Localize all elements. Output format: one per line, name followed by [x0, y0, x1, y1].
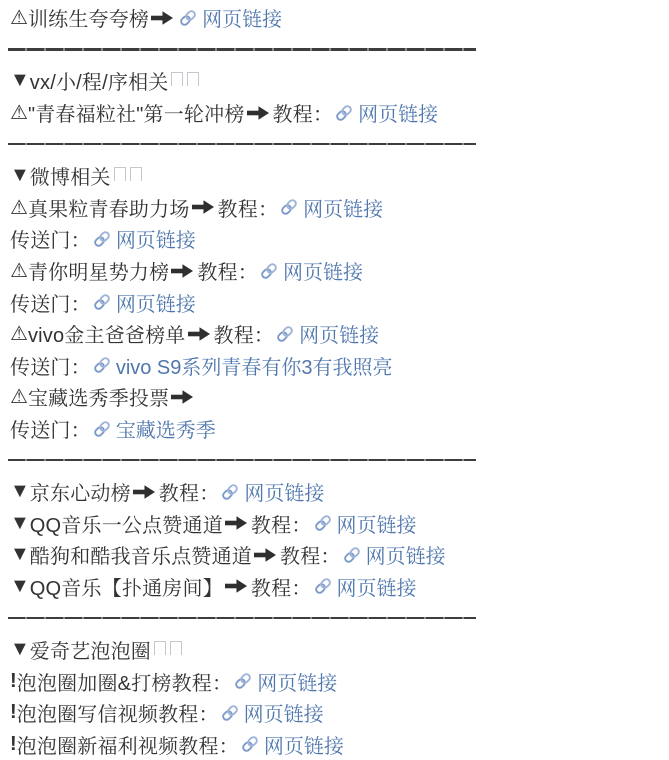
- item-text: 青你明星势力榜: [28, 256, 169, 285]
- arrow-right-icon: [133, 485, 155, 499]
- link-icon: [93, 420, 111, 438]
- list-item: ! 泡泡圈加圈&打榜教程： 网页链接: [10, 665, 669, 697]
- section-header: ▼ 微博相关: [10, 160, 669, 192]
- link-icon: [93, 230, 111, 248]
- item-text: QQ音乐一公点赞通道: [30, 509, 223, 538]
- tofu-box: [154, 641, 166, 655]
- divider: [8, 143, 476, 146]
- missing-glyph-boxes: [171, 72, 199, 86]
- list-item: ⚠ vivo金主爸爸榜单 教程： 网页链接: [10, 318, 669, 350]
- section-marker-icon: ▼: [10, 575, 30, 598]
- web-link[interactable]: 网页链接: [221, 698, 324, 727]
- link-label: 网页链接: [299, 319, 379, 348]
- section-title: 微博相关: [30, 161, 111, 190]
- web-link[interactable]: 网页链接: [260, 256, 363, 285]
- tofu-box: [187, 72, 199, 86]
- arrow-right-icon: [247, 106, 269, 120]
- section-marker-icon: ▼: [10, 638, 30, 661]
- link-label: 网页链接: [257, 667, 337, 696]
- link-icon: [221, 704, 239, 722]
- web-link[interactable]: 网页链接: [234, 667, 337, 696]
- link-label: 网页链接: [244, 698, 324, 727]
- divider: [8, 48, 476, 51]
- item-text: 传送门：: [10, 288, 91, 317]
- item-tail: 教程：: [280, 540, 341, 569]
- missing-glyph-boxes: [154, 641, 182, 655]
- link-icon: [314, 577, 332, 595]
- link-icon: [221, 483, 239, 501]
- portal-item: 传送门： vivo S9系列青春有你3有我照亮: [10, 350, 669, 382]
- section-title: 爱奇艺泡泡圈: [30, 635, 151, 664]
- section-marker-icon: ▼: [10, 69, 30, 92]
- warning-icon: ⚠: [10, 195, 28, 220]
- exclamation-prefix: !: [10, 701, 17, 724]
- web-link[interactable]: 网页链接: [335, 98, 438, 127]
- warning-icon: ⚠: [10, 258, 28, 283]
- link-icon: [260, 262, 278, 280]
- arrow-right-icon: [225, 516, 247, 530]
- arrow-right-icon: [171, 390, 193, 404]
- section-title: vx/小/程/序相关: [30, 66, 169, 95]
- section-header: ▼ 爱奇艺泡泡圈: [10, 634, 669, 666]
- item-tail: 教程：: [273, 98, 334, 127]
- item-tail: 教程：: [218, 193, 279, 222]
- item-tail: 教程：: [214, 319, 275, 348]
- item-text: 泡泡圈写信视频教程：: [17, 698, 219, 727]
- item-text: QQ音乐【扑通房间】: [30, 572, 223, 601]
- arrow-right-icon: [151, 11, 173, 25]
- item-tail: 教程：: [251, 572, 312, 601]
- link-icon: [343, 546, 361, 564]
- item-tail: 教程：: [251, 509, 312, 538]
- section-marker-icon: ▼: [10, 543, 30, 566]
- divider: [8, 459, 476, 462]
- link-icon: [93, 356, 111, 374]
- item-text: vivo金主爸爸榜单: [28, 319, 186, 348]
- list-item: ▼ QQ音乐一公点赞通道 教程： 网页链接: [10, 508, 669, 540]
- link-label: 网页链接: [358, 98, 438, 127]
- portal-item: 传送门： 网页链接: [10, 286, 669, 318]
- item-tail: 教程：: [197, 256, 258, 285]
- link-label: vivo S9系列青春有你3有我照亮: [116, 351, 393, 380]
- link-label: 网页链接: [244, 477, 324, 506]
- exclamation-prefix: !: [10, 733, 17, 756]
- web-link[interactable]: 网页链接: [93, 224, 196, 253]
- web-link[interactable]: vivo S9系列青春有你3有我照亮: [93, 351, 393, 380]
- link-label: 网页链接: [116, 288, 196, 317]
- link-label: 网页链接: [283, 256, 363, 285]
- link-icon: [276, 325, 294, 343]
- web-link[interactable]: 宝藏选秀季: [93, 414, 216, 443]
- list-item: ⚠ 真果粒青春助力场 教程： 网页链接: [10, 192, 669, 224]
- section-header: ▼ vx/小/程/序相关: [10, 65, 669, 97]
- link-icon: [179, 9, 197, 27]
- portal-item: 传送门： 宝藏选秀季: [10, 413, 669, 445]
- list-item: ! 泡泡圈新福利视频教程： 网页链接: [10, 729, 669, 760]
- link-icon: [241, 735, 259, 753]
- link-icon: [234, 672, 252, 690]
- web-link[interactable]: 网页链接: [93, 288, 196, 317]
- arrow-right-icon: [171, 264, 193, 278]
- warning-icon: ⚠: [10, 384, 28, 409]
- list-item: ▼ QQ音乐【扑通房间】 教程： 网页链接: [10, 571, 669, 603]
- list-item: ▼ 京东心动榜 教程： 网页链接: [10, 476, 669, 508]
- exclamation-prefix: !: [10, 670, 17, 693]
- web-link[interactable]: 网页链接: [314, 509, 417, 538]
- arrow-right-icon: [225, 579, 247, 593]
- item-text: 京东心动榜: [30, 477, 131, 506]
- link-label: 网页链接: [202, 3, 282, 32]
- link-label: 网页链接: [116, 224, 196, 253]
- link-label: 宝藏选秀季: [116, 414, 216, 443]
- post-body: ⚠ 训练生夸夸榜 网页链接 ▼ vx/小/程/序相关 ⚠ "青春福粒社"第一轮冲…: [0, 0, 669, 760]
- section-marker-icon: ▼: [10, 480, 30, 503]
- warning-icon: ⚠: [10, 100, 28, 125]
- list-item: ▼ 酷狗和酷我音乐点赞通道 教程： 网页链接: [10, 539, 669, 571]
- tofu-box: [170, 641, 182, 655]
- list-item: ⚠ 训练生夸夸榜 网页链接: [10, 2, 669, 34]
- link-label: 网页链接: [264, 730, 344, 759]
- divider-row: [10, 602, 669, 634]
- link-label: 网页链接: [337, 509, 417, 538]
- divider: [8, 617, 476, 620]
- list-item: ⚠ 青你明星势力榜 教程： 网页链接: [10, 255, 669, 287]
- tofu-box: [130, 167, 142, 181]
- item-text: 宝藏选秀季投票: [28, 382, 169, 411]
- divider-row: [10, 444, 669, 476]
- item-text: 传送门：: [10, 224, 91, 253]
- item-text: 训练生夸夸榜: [28, 3, 149, 32]
- tofu-box: [114, 167, 126, 181]
- divider-row: [10, 34, 669, 66]
- web-link[interactable]: 网页链接: [221, 477, 324, 506]
- list-item: ⚠ "青春福粒社"第一轮冲榜 教程： 网页链接: [10, 97, 669, 129]
- item-text: 泡泡圈加圈&打榜教程：: [17, 667, 233, 696]
- link-icon: [280, 198, 298, 216]
- divider-row: [10, 128, 669, 160]
- section-marker-icon: ▼: [10, 512, 30, 535]
- missing-glyph-boxes: [114, 167, 142, 181]
- web-link[interactable]: 网页链接: [280, 193, 383, 222]
- list-item: ! 泡泡圈写信视频教程： 网页链接: [10, 697, 669, 729]
- arrow-right-icon: [254, 548, 276, 562]
- list-item: ⚠ 宝藏选秀季投票: [10, 381, 669, 413]
- link-label: 网页链接: [366, 540, 446, 569]
- item-text: 真果粒青春助力场: [28, 193, 190, 222]
- section-marker-icon: ▼: [10, 164, 30, 187]
- link-icon: [93, 293, 111, 311]
- web-link[interactable]: 网页链接: [314, 572, 417, 601]
- web-link[interactable]: 网页链接: [343, 540, 446, 569]
- item-text: 酷狗和酷我音乐点赞通道: [30, 540, 252, 569]
- arrow-right-icon: [188, 327, 210, 341]
- web-link[interactable]: 网页链接: [276, 319, 379, 348]
- item-text: "青春福粒社"第一轮冲榜: [28, 98, 245, 127]
- web-link[interactable]: 网页链接: [179, 3, 282, 32]
- web-link[interactable]: 网页链接: [241, 730, 344, 759]
- item-text: 传送门：: [10, 351, 91, 380]
- arrow-right-icon: [192, 200, 214, 214]
- link-label: 网页链接: [303, 193, 383, 222]
- link-label: 网页链接: [337, 572, 417, 601]
- warning-icon: ⚠: [10, 321, 28, 346]
- item-text: 泡泡圈新福利视频教程：: [17, 730, 239, 759]
- item-text: 传送门：: [10, 414, 91, 443]
- item-tail: 教程：: [159, 477, 220, 506]
- tofu-box: [171, 72, 183, 86]
- link-icon: [314, 514, 332, 532]
- portal-item: 传送门： 网页链接: [10, 223, 669, 255]
- link-icon: [335, 104, 353, 122]
- warning-icon: ⚠: [10, 5, 28, 30]
